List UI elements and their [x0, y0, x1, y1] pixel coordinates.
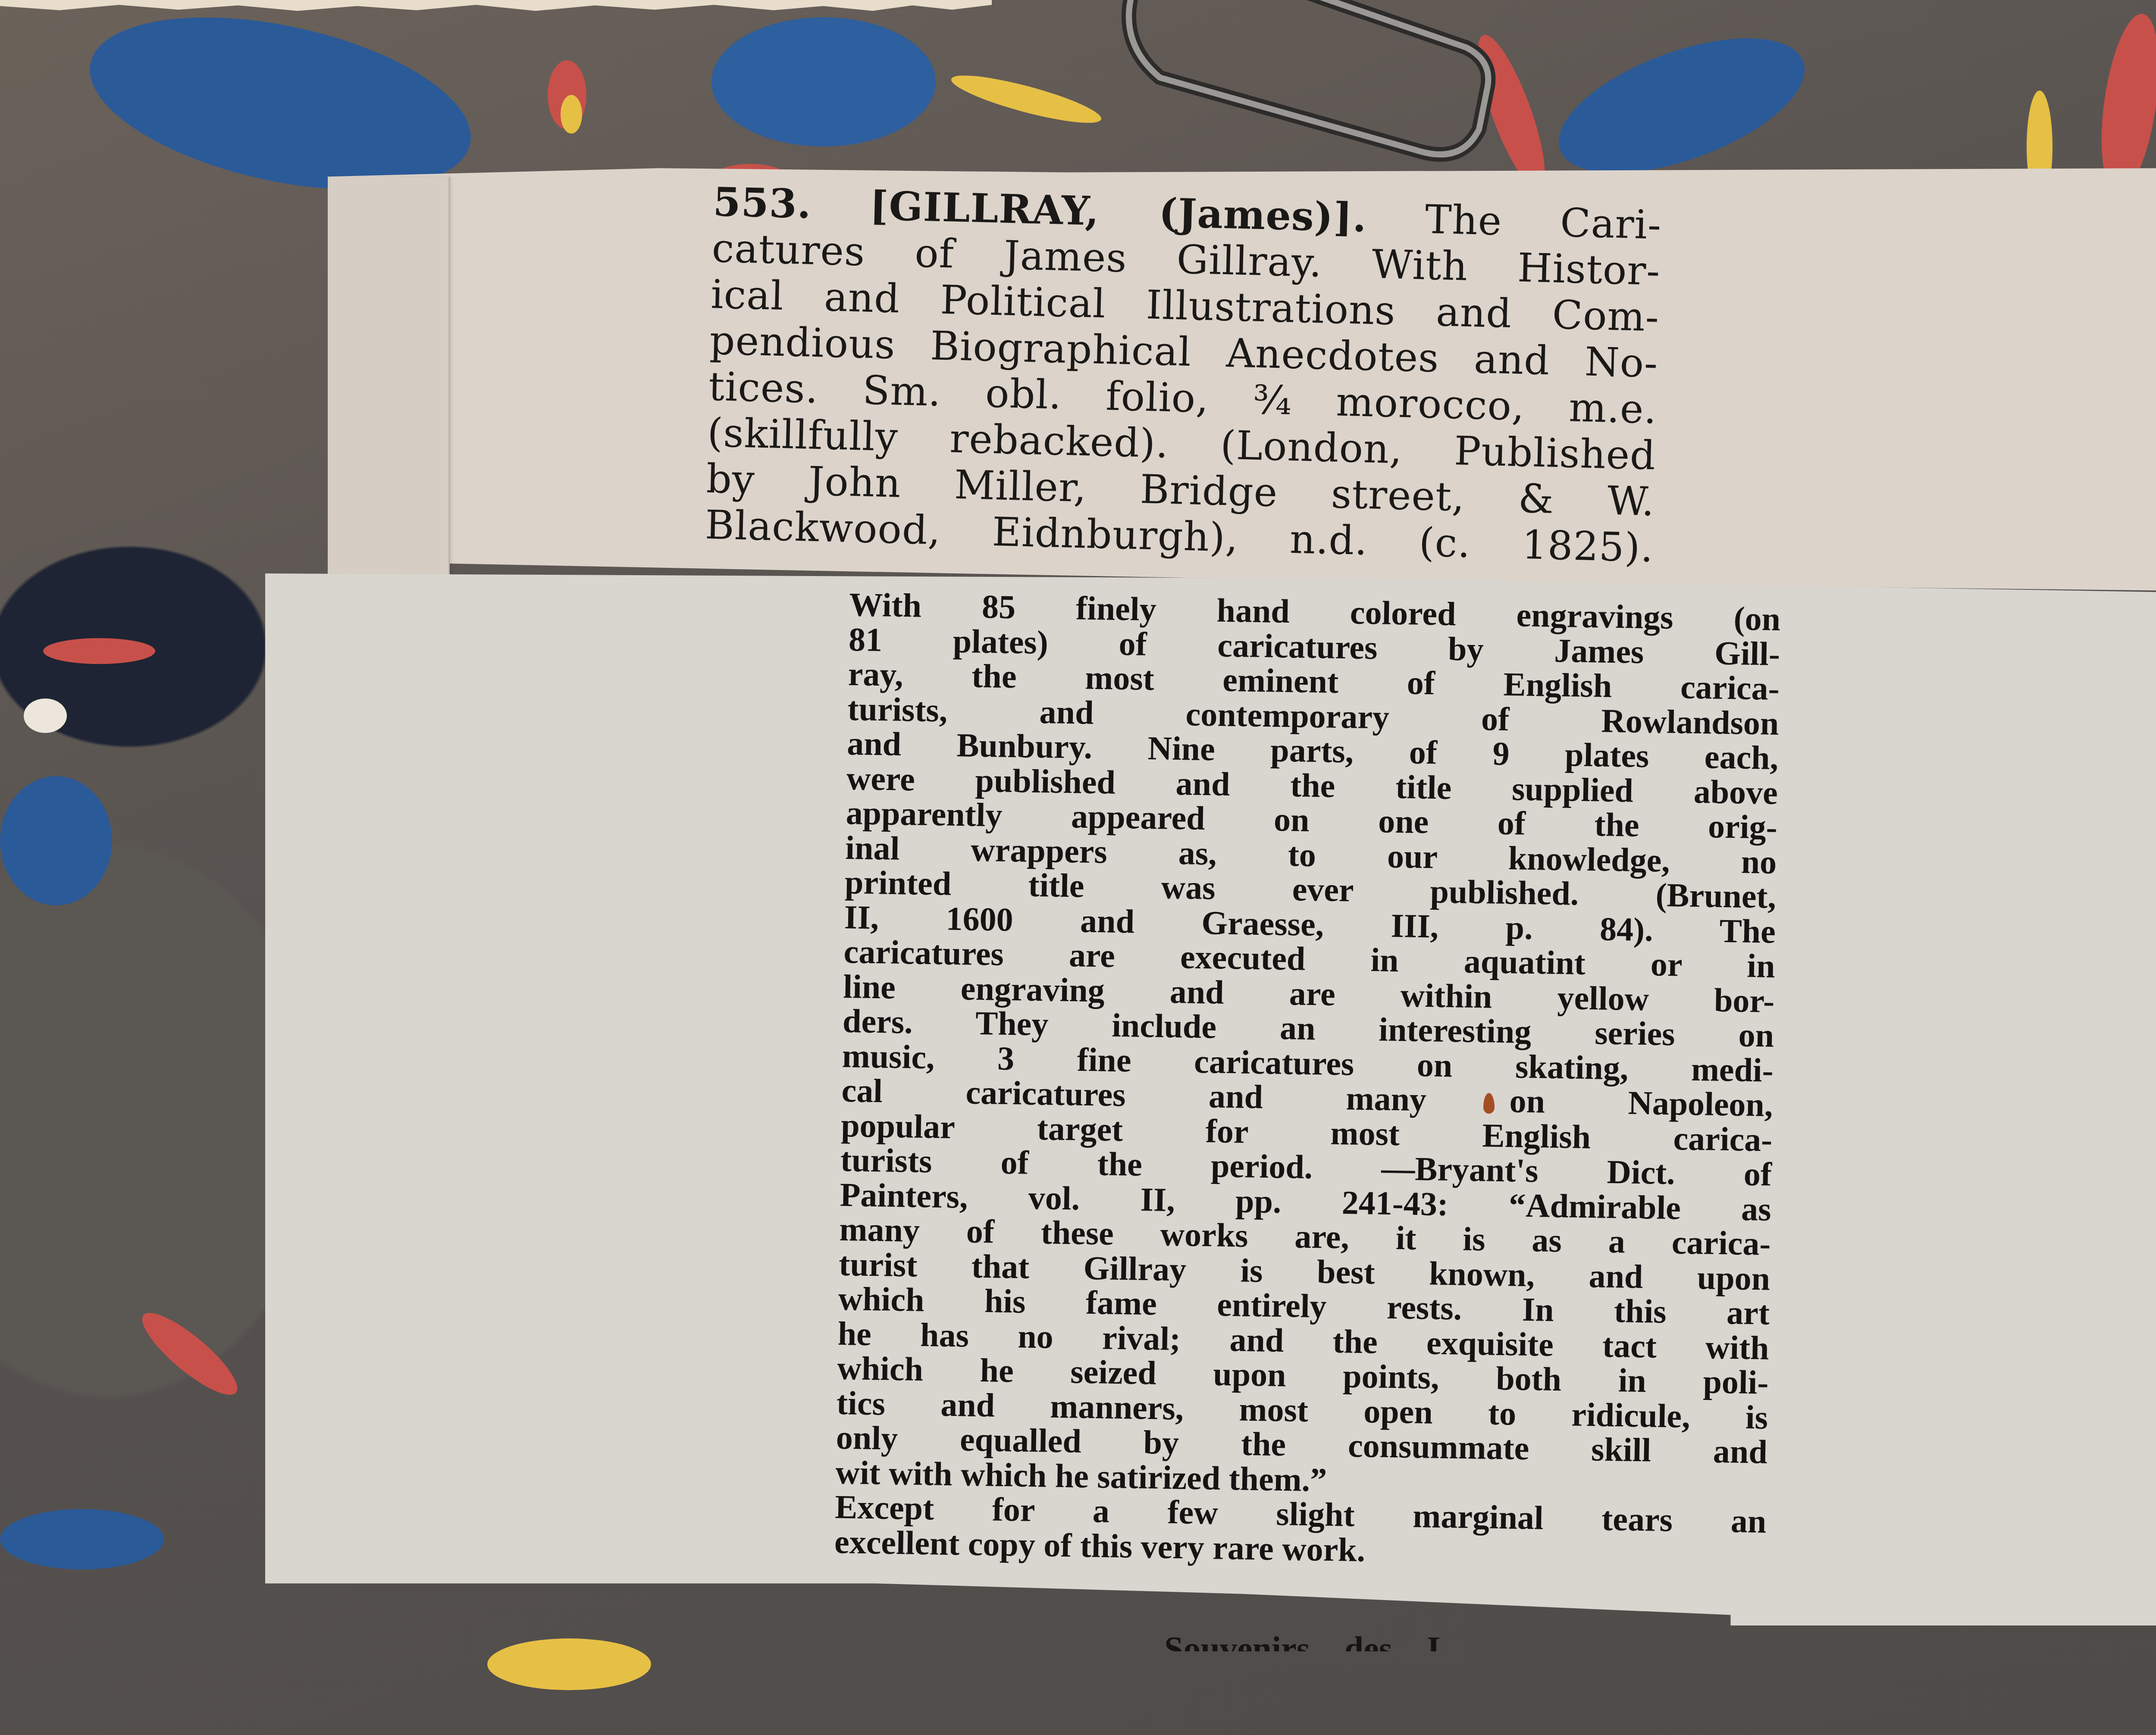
marble-red-vein	[132, 1302, 247, 1406]
marble-yellow-vein	[561, 95, 582, 134]
marble-yellow-vein	[948, 66, 1104, 132]
marble-blue-vein	[0, 776, 112, 905]
lot-number: 553.	[712, 179, 812, 228]
marble-blue-vein	[0, 1509, 164, 1569]
marble-yellow-vein	[487, 1638, 651, 1690]
entry-text: The Cari-	[1425, 196, 1662, 248]
catalogue-entry: 553. [GILLRAY, (James)]. The Cari- catur…	[705, 179, 1662, 571]
description-paragraph: With 85 finely hand colored engravings (…	[834, 587, 1781, 1574]
torn-paper-edge	[0, 0, 992, 12]
marble-white-spot	[24, 698, 67, 733]
folded-paper-tab	[328, 177, 450, 582]
marble-blue-vein	[711, 17, 936, 147]
marble-red-vein	[43, 638, 155, 664]
